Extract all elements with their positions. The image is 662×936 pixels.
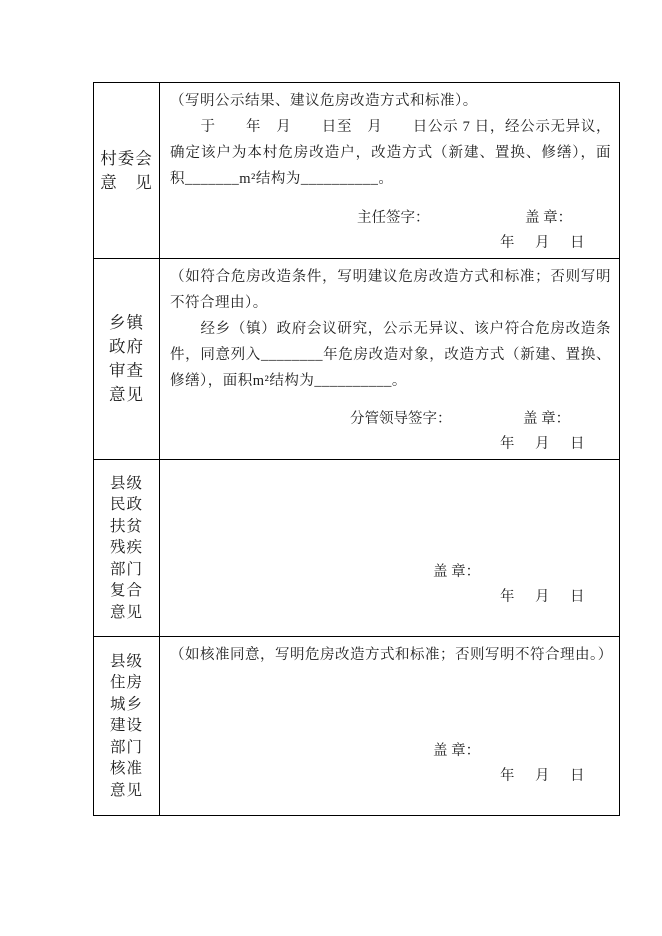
seal-label: 盖 章： [525, 206, 572, 231]
instruction-text: （如符合危房改造条件，写明建议危房改造方式和标准；否则写明不符合理由）。 [170, 264, 611, 316]
table-row-county-housing-construction: 县级 住房 城乡 建设 部门 核准 意见 （如核准同意，写明危房改造方式和标准；… [94, 637, 619, 815]
signature-area: 盖 章： 年 月 日 [170, 560, 611, 610]
signature-line: 盖 章： [170, 739, 611, 764]
date-placeholder: 年 月 日 [500, 432, 588, 457]
body-text-fill-in: 经乡（镇）政府会议研究，公示无异议、该户符合危房改造条件，同意列入_______… [170, 316, 611, 394]
date-line: 年 月 日 [170, 764, 611, 789]
signature-area: 盖 章： 年 月 日 [170, 739, 611, 789]
row-label-township-government: 乡镇 政府 审查 意见 [94, 259, 160, 459]
date-line: 年 月 日 [170, 432, 611, 457]
table-row-county-civil-affairs: 县级 民政 扶贫 残疾 部门 复合 意见 盖 章： 年 月 日 [94, 460, 619, 637]
date-line: 年 月 日 [170, 231, 611, 256]
signer-label: 主任签字： [357, 206, 430, 231]
document-page: { "page": { "background_color": "#ffffff… [0, 0, 662, 936]
instruction-text: （写明公示结果、建议危房改造方式和标准）。 [170, 88, 611, 114]
seal-label: 盖 章： [523, 407, 570, 432]
row-label-county-housing-construction: 县级 住房 城乡 建设 部门 核准 意见 [94, 637, 160, 815]
row-content-township-government: （如符合危房改造条件，写明建议危房改造方式和标准；否则写明不符合理由）。 经乡（… [160, 259, 619, 459]
seal-label: 盖 章： [433, 739, 480, 764]
signature-area: 主任签字： 盖 章： 年 月 日 [170, 206, 611, 256]
date-placeholder: 年 月 日 [500, 585, 588, 610]
signature-line: 盖 章： [170, 560, 611, 585]
instruction-text: （如核准同意，写明危房改造方式和标准；否则写明不符合理由。） [170, 642, 611, 668]
row-content-county-housing-construction: （如核准同意，写明危房改造方式和标准；否则写明不符合理由。） 盖 章： 年 月 … [160, 637, 619, 815]
signature-line: 分管领导签字： 盖 章： [170, 407, 611, 432]
row-content-village-committee: （写明公示结果、建议危房改造方式和标准）。 于 年 月 日至 月 日公示 7 日… [160, 83, 619, 258]
date-line: 年 月 日 [170, 585, 611, 610]
signature-line: 主任签字： 盖 章： [170, 206, 611, 231]
date-placeholder: 年 月 日 [500, 764, 588, 789]
signature-area: 分管领导签字： 盖 章： 年 月 日 [170, 407, 611, 457]
signer-label: 分管领导签字： [350, 407, 452, 432]
table-row-village-committee: 村委会 意 见 （写明公示结果、建议危房改造方式和标准）。 于 年 月 日至 月… [94, 83, 619, 259]
body-text-fill-in: 于 年 月 日至 月 日公示 7 日，经公示无异议，确定该户为本村危房改造户，改… [170, 114, 611, 192]
row-content-county-civil-affairs: 盖 章： 年 月 日 [160, 460, 619, 636]
date-placeholder: 年 月 日 [500, 231, 588, 256]
approval-form-table: 村委会 意 见 （写明公示结果、建议危房改造方式和标准）。 于 年 月 日至 月… [93, 82, 620, 816]
row-label-village-committee: 村委会 意 见 [94, 83, 160, 258]
table-row-township-government: 乡镇 政府 审查 意见 （如符合危房改造条件，写明建议危房改造方式和标准；否则写… [94, 259, 619, 460]
row-label-county-civil-affairs: 县级 民政 扶贫 残疾 部门 复合 意见 [94, 460, 160, 636]
seal-label: 盖 章： [433, 560, 480, 585]
